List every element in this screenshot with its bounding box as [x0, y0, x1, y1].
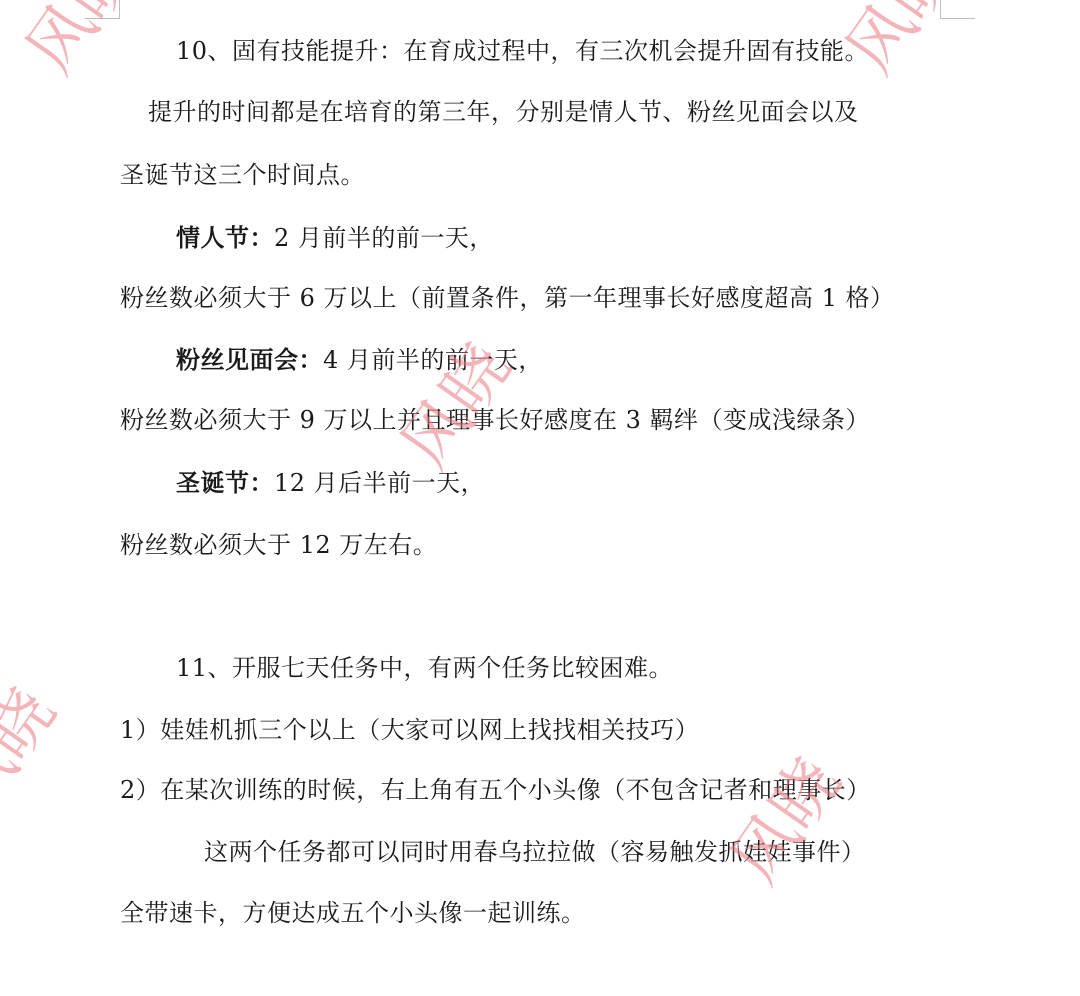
section-10-heading: 10、固有技能提升：在育成过程中，有三次机会提升固有技能。 — [176, 36, 869, 66]
section-10-intro-line-2: 圣诞节这三个时间点。 — [120, 160, 365, 190]
event-christmas-requirement: 粉丝数必须大于 12 万左右。 — [120, 530, 437, 560]
event-fan-meeting-requirement: 粉丝数必须大于 9 万以上并且理事长好感度在 3 羁绊（变成浅绿条） — [120, 405, 870, 435]
event-valentines-timing: 2 月前半的前一天， — [274, 224, 494, 252]
event-fan-meeting-label: 粉丝见面会： — [176, 345, 323, 374]
watermark-left: 风晓 — [0, 666, 73, 829]
section-11-item-1: 1）娃娃机抓三个以上（大家可以网上找找相关技巧） — [120, 715, 699, 745]
document-page: 10、固有技能提升：在育成过程中，有三次机会提升固有技能。 提升的时间都是在培育… — [0, 0, 1080, 996]
section-11-heading: 11、开服七天任务中，有两个任务比较困难。 — [176, 653, 673, 683]
event-valentines-label: 情人节： — [176, 223, 274, 252]
event-fan-meeting-line: 粉丝见面会：4 月前半的前一天， — [176, 345, 543, 375]
event-christmas-line: 圣诞节：12 月后半前一天， — [176, 468, 485, 498]
section-11-tip-line-1: 这两个任务都可以同时用春乌拉拉做（容易触发抓娃娃事件） — [204, 837, 866, 867]
watermark-bottom-right: 风晓 — [704, 736, 858, 899]
section-10-intro-line-1: 提升的时间都是在培育的第三年，分别是情人节、粉丝见面会以及 — [148, 97, 859, 127]
watermark-top-left: 风晓 — [0, 0, 153, 89]
event-christmas-timing: 12 月后半前一天， — [274, 469, 485, 497]
event-valentines-requirement: 粉丝数必须大于 6 万以上（前置条件，第一年理事长好感度超高 1 格） — [120, 283, 895, 313]
crop-mark-top-left — [85, 0, 120, 19]
event-fan-meeting-timing: 4 月前半的前一天， — [323, 346, 543, 374]
event-christmas-label: 圣诞节： — [176, 468, 274, 497]
section-11-tip-line-2: 全带速卡，方便达成五个小头像一起训练。 — [120, 898, 586, 928]
event-valentines-line: 情人节：2 月前半的前一天， — [176, 223, 494, 253]
section-11-item-2: 2）在某次训练的时候，右上角有五个小头像（不包含记者和理事长） — [120, 775, 871, 805]
crop-mark-top-right — [940, 0, 975, 19]
